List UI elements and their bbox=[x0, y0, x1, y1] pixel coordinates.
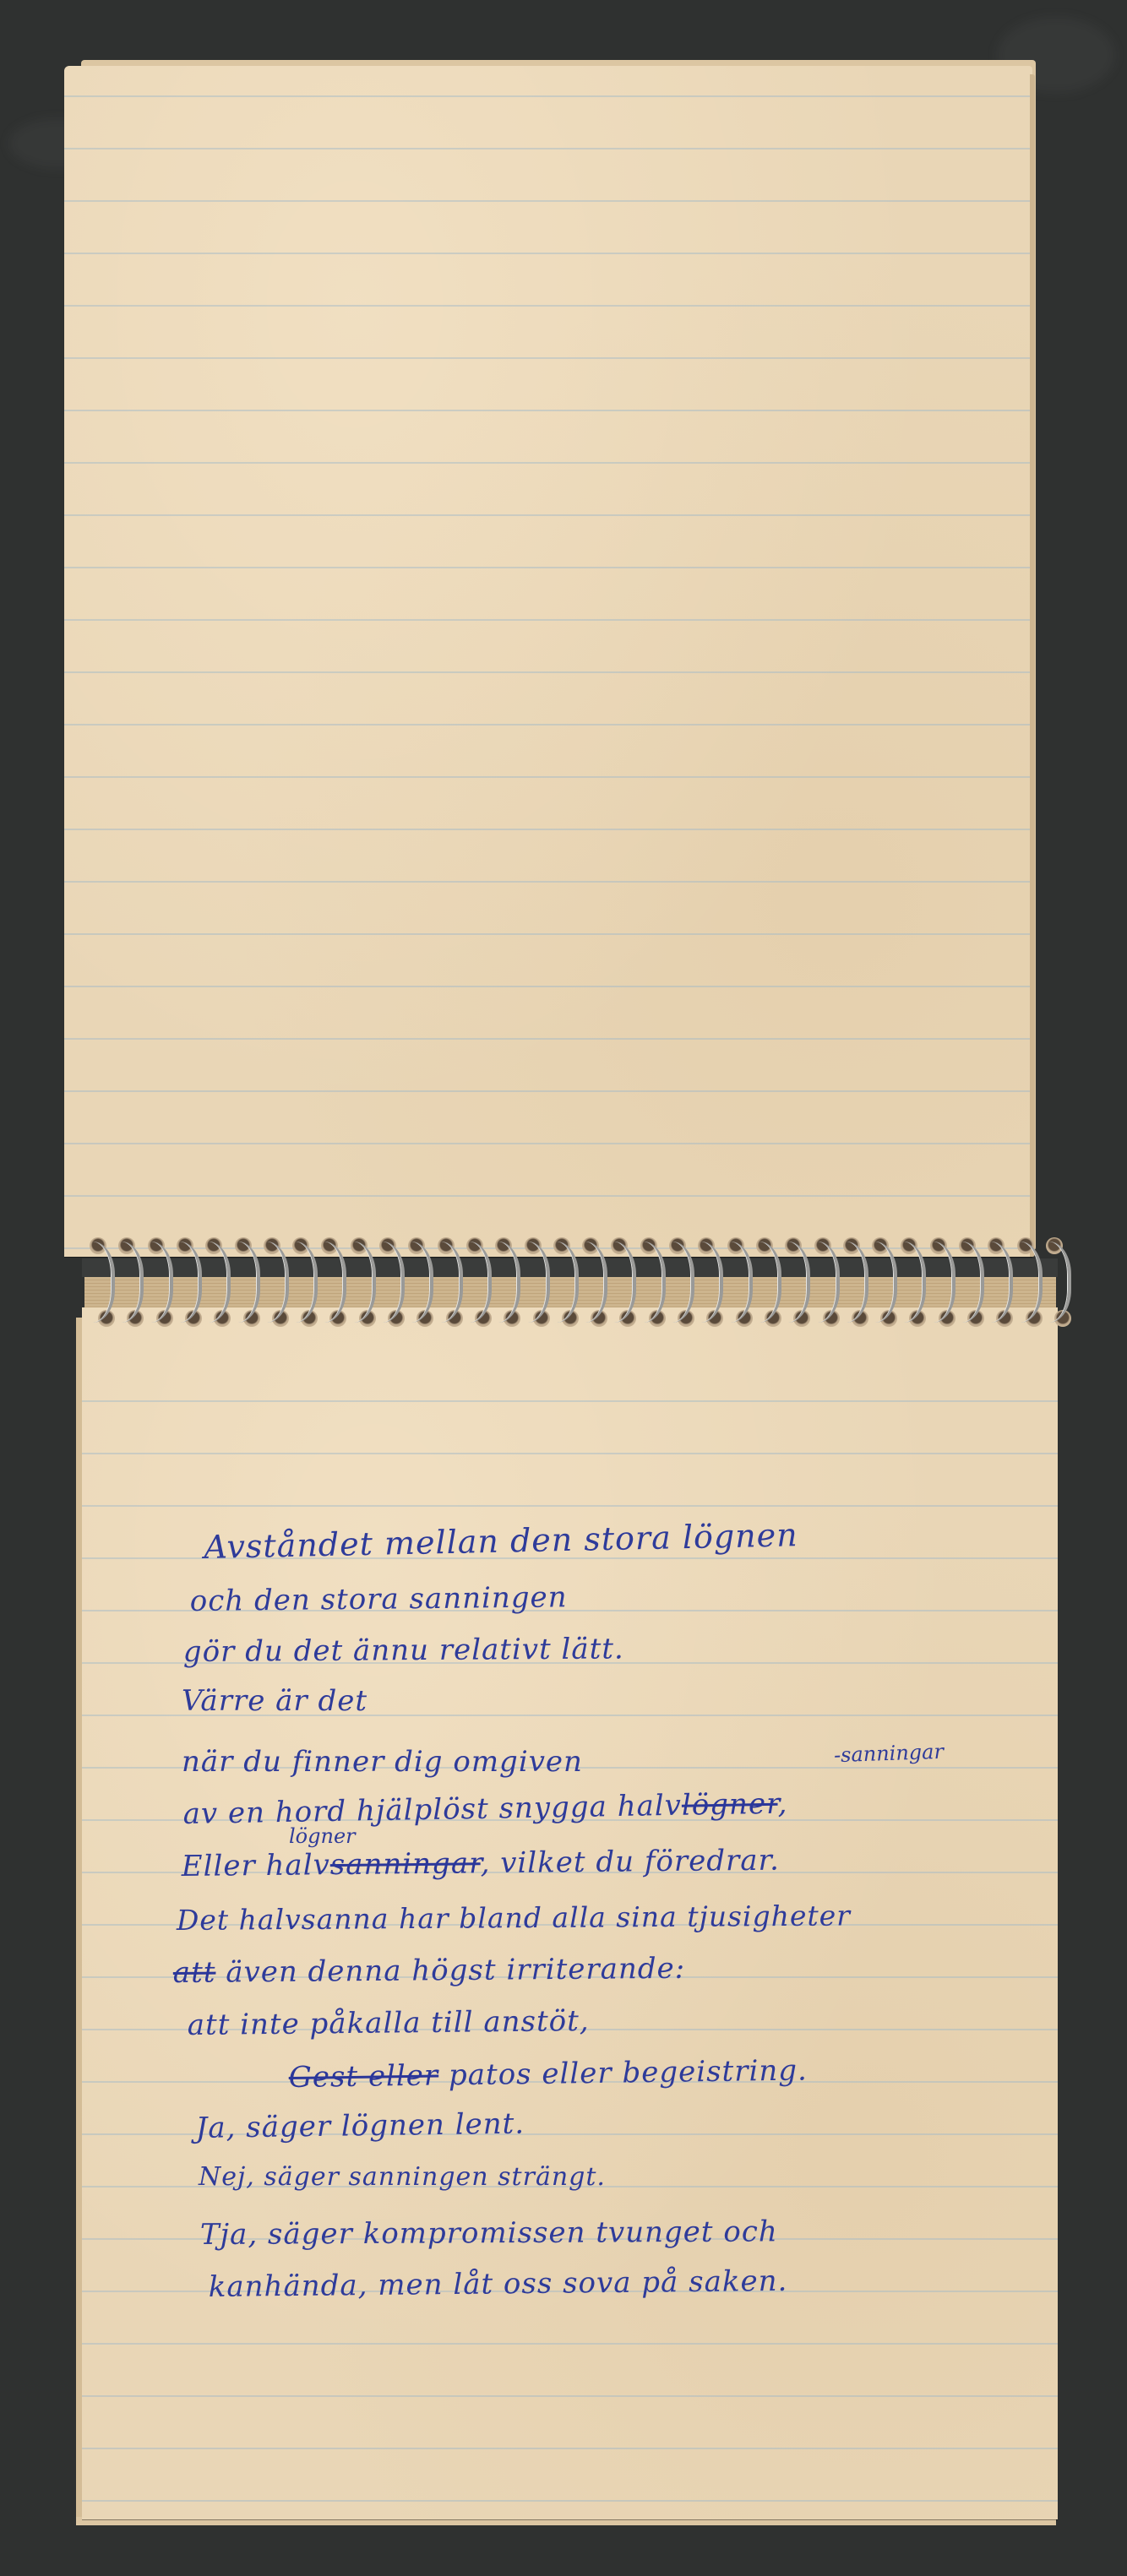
ruled-line bbox=[64, 200, 1032, 202]
ruled-line bbox=[64, 148, 1032, 149]
poem-line-text: Värre är det bbox=[182, 1684, 367, 1718]
ruled-line bbox=[64, 829, 1032, 830]
poem-line-text: Nej, säger sanningen strängt. bbox=[199, 2162, 606, 2192]
ruled-line bbox=[64, 357, 1032, 359]
ruled-line bbox=[64, 1143, 1032, 1144]
ruled-line bbox=[64, 95, 1032, 97]
ruled-line bbox=[64, 305, 1032, 307]
poem-line-text: , vilket du föredrar. bbox=[480, 1844, 780, 1881]
struck-word: sanningar bbox=[330, 1846, 481, 1882]
insertion-text: lögner bbox=[289, 1824, 356, 1848]
poem-line-text: Avståndet mellan den stora lögnen bbox=[204, 1516, 798, 1566]
poem-line-text: Det halvsanna har bland alla sina tjusig… bbox=[177, 1899, 851, 1937]
ruled-line bbox=[64, 567, 1032, 568]
struck-word: lögner bbox=[682, 1787, 778, 1823]
poem-line-text: Ja, säger lögnen lent. bbox=[195, 2107, 525, 2145]
struck-word: Gest eller bbox=[288, 2059, 438, 2095]
poem-line-text: Eller halv bbox=[182, 1848, 330, 1883]
poem-line: Tja, säger kompromissen tvunget och bbox=[200, 2215, 778, 2252]
ruled-line bbox=[64, 1038, 1032, 1040]
ruled-line bbox=[64, 776, 1032, 778]
ruled-line bbox=[64, 724, 1032, 726]
page-stack-edge bbox=[84, 1277, 1056, 1307]
poem-line: och den stora sanningen bbox=[190, 1580, 568, 1618]
poem-line: gör du det ännu relativt lätt. bbox=[183, 1632, 624, 1669]
poem-line-text: gör du det ännu relativt lätt. bbox=[183, 1632, 624, 1669]
bottom-page: Avståndet mellan den stora lögnen och de… bbox=[82, 1307, 1058, 2519]
handwritten-poem: Avståndet mellan den stora lögnen och de… bbox=[82, 1307, 1058, 2519]
ruled-line bbox=[64, 933, 1032, 935]
poem-line-text: Tja, säger kompromissen tvunget och bbox=[200, 2215, 778, 2252]
poem-line-text: patos eller begeistring. bbox=[449, 2053, 808, 2092]
ruled-line bbox=[64, 1195, 1032, 1197]
poem-line-text: att inte påkalla till anstöt, bbox=[188, 2004, 590, 2042]
poem-line: Gest eller patos eller begeistring. bbox=[288, 2053, 808, 2095]
poem-line: kanhända, men låt oss sova på saken. bbox=[209, 2264, 788, 2304]
poem-line-text: när du finner dig omgiven bbox=[182, 1745, 583, 1779]
ruled-line bbox=[64, 986, 1032, 987]
ruled-line bbox=[64, 410, 1032, 411]
insertion-text: -sanningar bbox=[834, 1740, 945, 1768]
ruled-line bbox=[64, 671, 1032, 673]
punch-hole bbox=[1046, 1237, 1063, 1254]
ruled-line bbox=[64, 514, 1032, 516]
poem-line-punct: , bbox=[777, 1787, 788, 1821]
struck-word: att bbox=[173, 1956, 216, 1990]
poem-line-text: även denna högst irriterande: bbox=[226, 1952, 685, 1990]
ruled-line bbox=[64, 619, 1032, 621]
binding-gap bbox=[82, 1258, 1058, 1277]
poem-line: Nej, säger sanningen strängt. bbox=[199, 2162, 606, 2192]
poem-line: att även denna högst irriterande: bbox=[173, 1952, 686, 1990]
ruled-line bbox=[64, 881, 1032, 883]
poem-line-text: av en hord hjälplöst snygga halv bbox=[182, 1789, 682, 1831]
ruled-line bbox=[64, 253, 1032, 254]
ruled-line bbox=[64, 1247, 1032, 1249]
insertion-note: -sanningar bbox=[834, 1740, 945, 1768]
ruled-line bbox=[64, 1090, 1032, 1092]
poem-line: Avståndet mellan den stora lögnen bbox=[204, 1516, 798, 1566]
poem-line-text: och den stora sanningen bbox=[190, 1580, 568, 1618]
poem-line: Det halvsanna har bland alla sina tjusig… bbox=[177, 1899, 851, 1937]
poem-line: Värre är det bbox=[182, 1684, 367, 1718]
poem-line: när du finner dig omgiven bbox=[182, 1745, 583, 1779]
poem-line: av en hord hjälplöst snygga halvlögner, bbox=[182, 1787, 787, 1831]
poem-line: att inte påkalla till anstöt, bbox=[188, 2004, 590, 2042]
top-page bbox=[64, 66, 1032, 1257]
insertion-note: lögner bbox=[289, 1824, 356, 1848]
poem-line-text: kanhända, men låt oss sova på saken. bbox=[209, 2264, 788, 2304]
ruled-line bbox=[64, 462, 1032, 464]
poem-line: Eller halvsanningar, vilket du föredrar. bbox=[182, 1844, 781, 1883]
poem-line: Ja, säger lögnen lent. bbox=[195, 2107, 525, 2145]
top-page-edge bbox=[1030, 74, 1035, 1257]
